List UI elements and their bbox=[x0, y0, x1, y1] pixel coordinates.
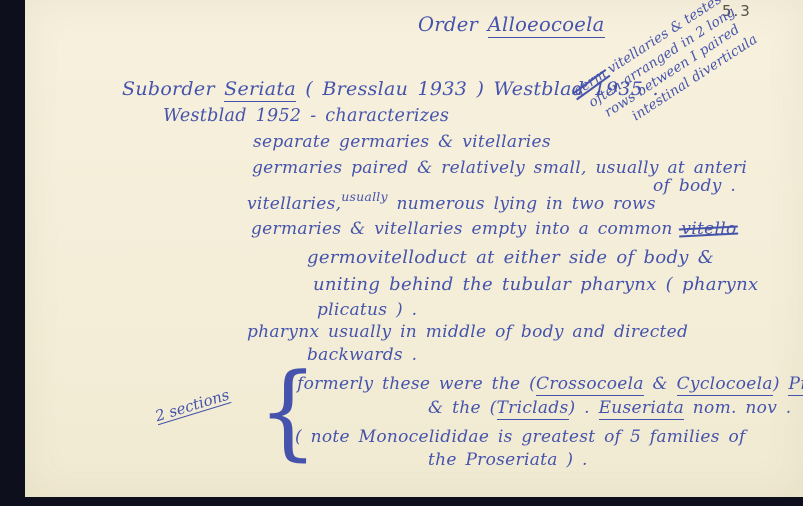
inserted-word: usually bbox=[341, 189, 387, 204]
andthe-pre: & the ( bbox=[428, 398, 497, 418]
proseriata-close-line: the Proseriata ) . bbox=[428, 450, 588, 470]
struck-word-vitello: vitello bbox=[681, 219, 736, 239]
margin-annotation: germ vitellaries & testes often arranged… bbox=[570, 0, 803, 145]
taxon-crossocoela: Crossocoela bbox=[536, 374, 644, 396]
taxon-proseriata: Proseriata bbox=[788, 374, 803, 396]
formerly-close: ) bbox=[773, 374, 789, 394]
plicatus-line: plicatus ) . bbox=[317, 300, 417, 320]
suborder-line: Suborder Seriata ( Bresslau 1933 ) Westb… bbox=[122, 78, 659, 100]
backwards-line: backwards . bbox=[307, 345, 417, 365]
order-taxon: Alloeocoela bbox=[488, 13, 605, 38]
suborder-taxon: Seriata bbox=[224, 78, 296, 102]
empty-into-line: germaries & vitellaries empty into a com… bbox=[251, 219, 737, 239]
two-sections-label: 2 sections bbox=[153, 386, 231, 426]
germaries-line: germaries paired & relatively small, usu… bbox=[252, 158, 747, 178]
curly-brace: { bbox=[258, 352, 318, 473]
monocelididae-note-line: ( note Monocelididae is greatest of 5 fa… bbox=[295, 427, 746, 447]
formerly-line: formerly these were the (Crossocoela & C… bbox=[297, 374, 803, 394]
order-title: Order Alloeocoela bbox=[418, 13, 605, 36]
formerly-pre: formerly these were the ( bbox=[297, 374, 536, 394]
of-body-line: of body . bbox=[653, 176, 736, 196]
andthe-post: nom. nov . bbox=[684, 398, 791, 418]
andthe-mid: ) . bbox=[569, 398, 599, 418]
taxon-cyclocoela: Cyclocoela bbox=[677, 374, 773, 396]
vitellaries-pre: vitellaries, bbox=[247, 194, 341, 214]
order-label: Order bbox=[418, 13, 488, 36]
taxon-triclads: Triclads bbox=[497, 398, 569, 420]
empty-into-text: germaries & vitellaries empty into a com… bbox=[251, 219, 681, 239]
index-card: Order Alloeocoela 5.3 germ vitellaries &… bbox=[25, 0, 803, 497]
and-the-line: & the (Triclads) . Euseriata nom. nov . bbox=[428, 398, 792, 418]
germovitelloduct-line: germovitelloduct at either side of body … bbox=[307, 247, 714, 268]
scanned-index-card-photo: Order Alloeocoela 5.3 germ vitellaries &… bbox=[0, 0, 803, 506]
taxon-euseriata: Euseriata bbox=[599, 398, 685, 420]
uniting-line: uniting behind the tubular pharynx ( pha… bbox=[313, 274, 758, 295]
pharynx-line: pharynx usually in middle of body and di… bbox=[247, 322, 688, 342]
westblad-line: Westblad 1952 - characterizes bbox=[163, 106, 449, 126]
suborder-authors: ( Bresslau 1933 ) Westblad 1935 . bbox=[296, 78, 659, 100]
separate-line: separate germaries & vitellaries bbox=[253, 132, 551, 152]
suborder-label: Suborder bbox=[122, 78, 224, 100]
formerly-mid: & bbox=[644, 374, 677, 394]
vitellaries-post: numerous lying in two rows bbox=[388, 194, 656, 214]
vitellaries-line: vitellaries,usually numerous lying in tw… bbox=[247, 194, 656, 214]
